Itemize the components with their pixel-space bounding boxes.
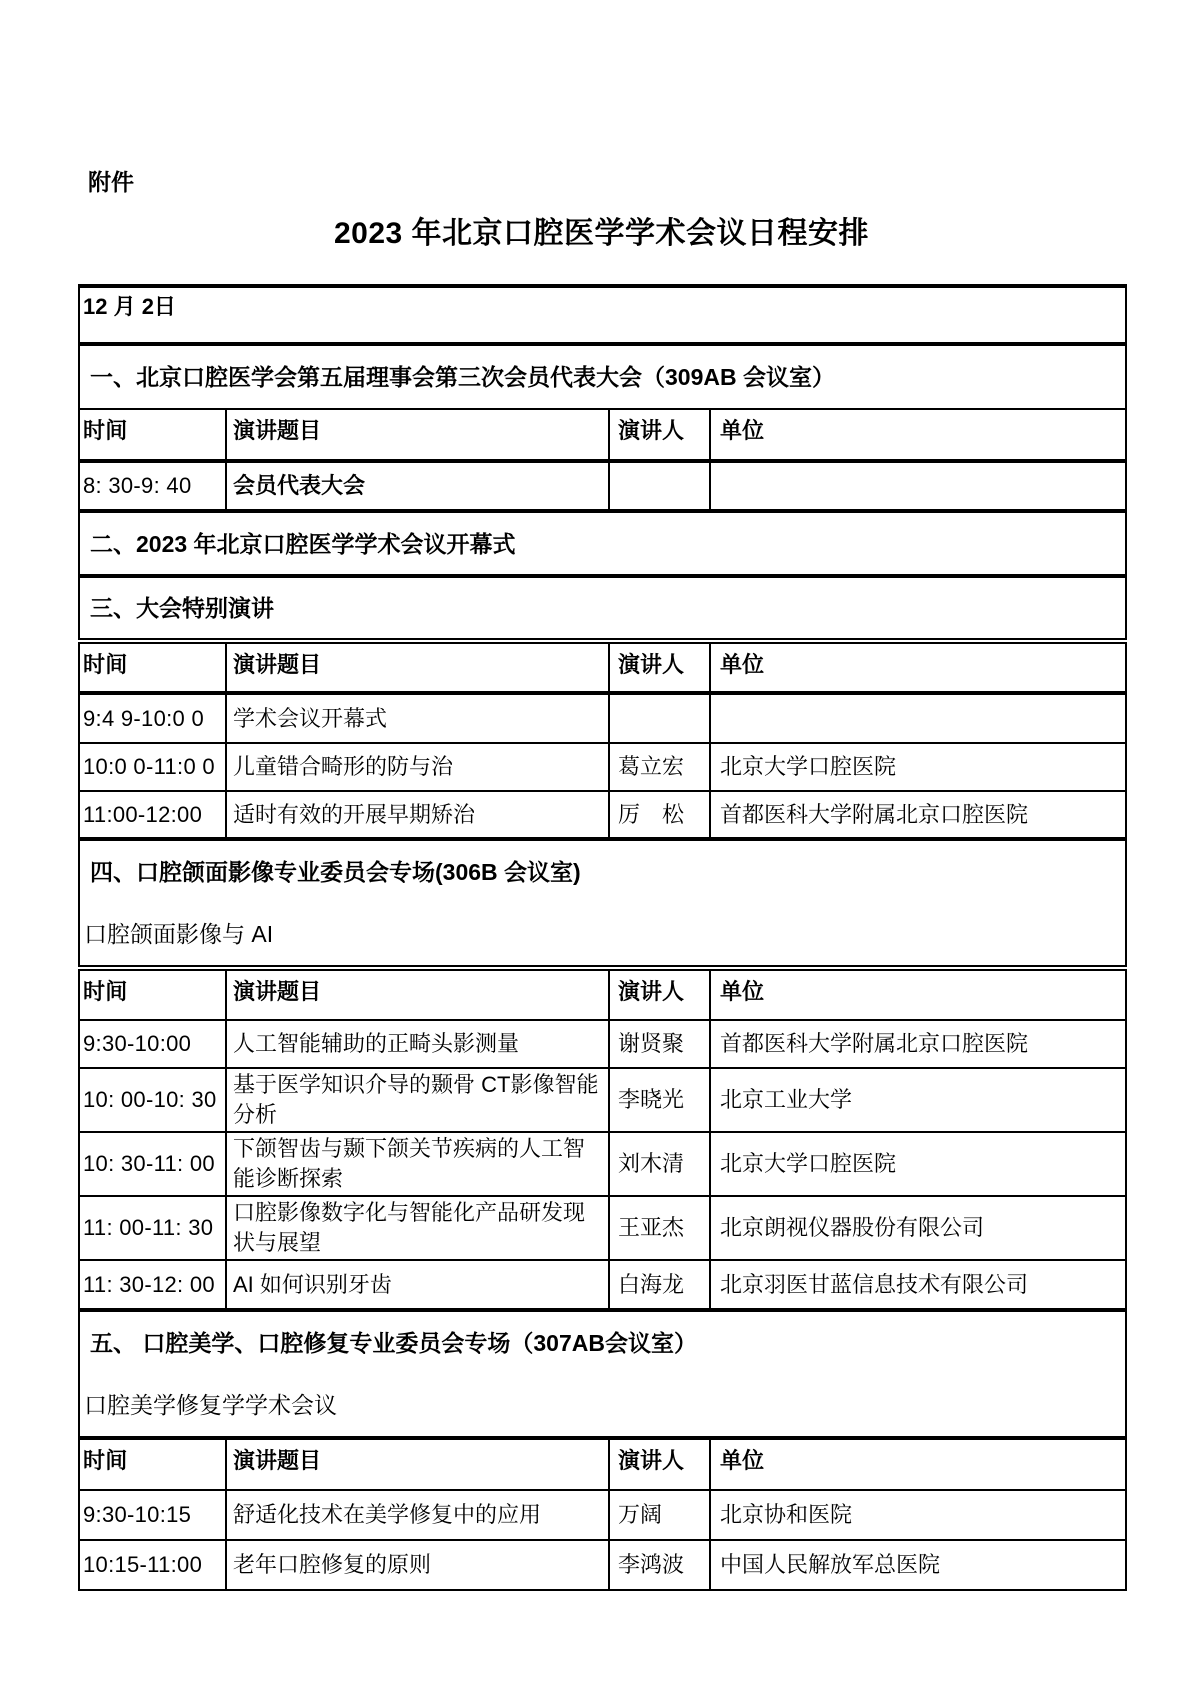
time-cell: 11:00-12:00 (79, 791, 226, 839)
unit-cell: 北京羽医甘蓝信息技术有限公司 (710, 1260, 1126, 1310)
document-page: 附件 2023 年北京口腔医学学术会议日程安排 12 月 2日 一、北京口腔医学… (0, 0, 1192, 1684)
column-header-speaker: 演讲人 (609, 1438, 710, 1490)
title-cell: 会员代表大会 (226, 461, 609, 511)
table-row: 11: 00-11: 30 口腔影像数字化与智能化产品研发现状与展望 王亚杰 北… (79, 1196, 1126, 1260)
section-subheading: 口腔颌面影像与 AI (80, 919, 1125, 949)
speaker-cell: 白海龙 (609, 1260, 710, 1310)
unit-cell: 首都医科大学附属北京口腔医院 (710, 791, 1126, 839)
column-header-speaker: 演讲人 (609, 968, 710, 1020)
time-cell: 10: 00-10: 30 (79, 1068, 226, 1132)
column-header-unit: 单位 (710, 409, 1126, 461)
table-row: 9:4 9-10:0 0 学术会议开幕式 (79, 693, 1126, 743)
time-cell: 9:30-10:15 (79, 1490, 226, 1540)
time-cell: 11: 00-11: 30 (79, 1196, 226, 1260)
title-cell: 人工智能辅助的正畸头影测量 (226, 1020, 609, 1068)
column-header-unit: 单位 (710, 1438, 1126, 1490)
unit-cell (710, 693, 1126, 743)
table-row: 10:0 0-11:0 0 儿童错合畸形的防与治 葛立宏 北京大学口腔医院 (79, 743, 1126, 791)
column-header-row: 时间 演讲题目 演讲人 单位 (79, 1438, 1126, 1490)
section-row-2: 二、2023 年北京口腔医学学术会议开幕式 (79, 511, 1126, 576)
attachment-label: 附件 (88, 168, 1192, 196)
speaker-cell (609, 461, 710, 511)
title-cell: 儿童错合畸形的防与治 (226, 743, 609, 791)
table-row: 10: 00-10: 30 基于医学知识介导的颞骨 CT影像智能分析 李晓光 北… (79, 1068, 1126, 1132)
title-cell: 下颌智齿与颞下颌关节疾病的人工智能诊断探索 (226, 1132, 609, 1196)
column-header-row: 时间 演讲题目 演讲人 单位 (79, 641, 1126, 693)
time-cell: 10:0 0-11:0 0 (79, 743, 226, 791)
speaker-cell: 谢贤聚 (609, 1020, 710, 1068)
table-row: 10:15-11:00 老年口腔修复的原则 李鸿波 中国人民解放军总医院 (79, 1540, 1126, 1590)
column-header-title: 演讲题目 (226, 641, 609, 693)
section-heading-block: 四、口腔颌面影像专业委员会专场(306B 会议室) 口腔颌面影像与 AI (80, 841, 1125, 965)
title-cell: 学术会议开幕式 (226, 693, 609, 743)
table-row: 8: 30-9: 40 会员代表大会 (79, 461, 1126, 511)
speaker-cell: 万阔 (609, 1490, 710, 1540)
speaker-cell: 葛立宏 (609, 743, 710, 791)
title-cell: AI 如何识别牙齿 (226, 1260, 609, 1310)
column-header-row: 时间 演讲题目 演讲人 单位 (79, 409, 1126, 461)
time-cell: 11: 30-12: 00 (79, 1260, 226, 1310)
table-row: 11: 30-12: 00 AI 如何识别牙齿 白海龙 北京羽医甘蓝信息技术有限… (79, 1260, 1126, 1310)
speaker-cell: 李晓光 (609, 1068, 710, 1132)
time-cell: 10:15-11:00 (79, 1540, 226, 1590)
title-cell: 老年口腔修复的原则 (226, 1540, 609, 1590)
unit-cell: 北京工业大学 (710, 1068, 1126, 1132)
column-header-title: 演讲题目 (226, 1438, 609, 1490)
section-subheading: 口腔美学修复学学术会议 (80, 1390, 1125, 1420)
column-header-time: 时间 (79, 409, 226, 461)
speaker-cell (609, 693, 710, 743)
table-row: 10: 30-11: 00 下颌智齿与颞下颌关节疾病的人工智能诊断探索 刘木清 … (79, 1132, 1126, 1196)
schedule-table: 12 月 2日 一、北京口腔医学会第五届理事会第三次会员代表大会（309AB 会… (78, 284, 1127, 1591)
section-row-1: 一、北京口腔医学会第五届理事会第三次会员代表大会（309AB 会议室） (79, 344, 1126, 409)
document-title: 2023 年北京口腔医学学术会议日程安排 (78, 216, 1125, 252)
title-cell: 适时有效的开展早期矫治 (226, 791, 609, 839)
time-cell: 9:4 9-10:0 0 (79, 693, 226, 743)
section-cell: 四、口腔颌面影像专业委员会专场(306B 会议室) 口腔颌面影像与 AI (79, 839, 1126, 968)
speaker-cell: 刘木清 (609, 1132, 710, 1196)
unit-cell: 北京大学口腔医院 (710, 1132, 1126, 1196)
column-header-time: 时间 (79, 968, 226, 1020)
column-header-unit: 单位 (710, 641, 1126, 693)
section-row-3: 三、大会特别演讲 (79, 576, 1126, 641)
title-cell: 舒适化技术在美学修复中的应用 (226, 1490, 609, 1540)
column-header-title: 演讲题目 (226, 968, 609, 1020)
speaker-cell: 厉 松 (609, 791, 710, 839)
unit-cell: 北京大学口腔医院 (710, 743, 1126, 791)
section-row-5: 五、 口腔美学、口腔修复专业委员会专场（307AB会议室） 口腔美学修复学学术会… (79, 1310, 1126, 1438)
speaker-cell: 王亚杰 (609, 1196, 710, 1260)
column-header-speaker: 演讲人 (609, 641, 710, 693)
time-cell: 9:30-10:00 (79, 1020, 226, 1068)
unit-cell (710, 461, 1126, 511)
unit-cell: 中国人民解放军总医院 (710, 1540, 1126, 1590)
column-header-title: 演讲题目 (226, 409, 609, 461)
section-heading: 一、北京口腔医学会第五届理事会第三次会员代表大会（309AB 会议室） (79, 344, 1126, 409)
unit-cell: 首都医科大学附属北京口腔医院 (710, 1020, 1126, 1068)
section-heading: 四、口腔颌面影像专业委员会专场(306B 会议室) (80, 857, 1125, 887)
table-row: 11:00-12:00 适时有效的开展早期矫治 厉 松 首都医科大学附属北京口腔… (79, 791, 1126, 839)
column-header-unit: 单位 (710, 968, 1126, 1020)
unit-cell: 北京协和医院 (710, 1490, 1126, 1540)
section-heading: 二、2023 年北京口腔医学学术会议开幕式 (79, 511, 1126, 576)
time-cell: 10: 30-11: 00 (79, 1132, 226, 1196)
table-row: 9:30-10:00 人工智能辅助的正畸头影测量 谢贤聚 首都医科大学附属北京口… (79, 1020, 1126, 1068)
column-header-row: 时间 演讲题目 演讲人 单位 (79, 968, 1126, 1020)
table-row: 9:30-10:15 舒适化技术在美学修复中的应用 万阔 北京协和医院 (79, 1490, 1126, 1540)
title-cell: 基于医学知识介导的颞骨 CT影像智能分析 (226, 1068, 609, 1132)
section-row-4: 四、口腔颌面影像专业委员会专场(306B 会议室) 口腔颌面影像与 AI (79, 839, 1126, 968)
column-header-time: 时间 (79, 1438, 226, 1490)
column-header-speaker: 演讲人 (609, 409, 710, 461)
section-heading-block: 五、 口腔美学、口腔修复专业委员会专场（307AB会议室） 口腔美学修复学学术会… (80, 1312, 1125, 1436)
speaker-cell: 李鸿波 (609, 1540, 710, 1590)
date-cell: 12 月 2日 (79, 286, 1126, 344)
section-cell: 五、 口腔美学、口腔修复专业委员会专场（307AB会议室） 口腔美学修复学学术会… (79, 1310, 1126, 1438)
column-header-time: 时间 (79, 641, 226, 693)
section-heading: 三、大会特别演讲 (79, 576, 1126, 641)
section-heading: 五、 口腔美学、口腔修复专业委员会专场（307AB会议室） (80, 1328, 1125, 1358)
date-row: 12 月 2日 (79, 286, 1126, 344)
time-cell: 8: 30-9: 40 (79, 461, 226, 511)
title-cell: 口腔影像数字化与智能化产品研发现状与展望 (226, 1196, 609, 1260)
unit-cell: 北京朗视仪器股份有限公司 (710, 1196, 1126, 1260)
